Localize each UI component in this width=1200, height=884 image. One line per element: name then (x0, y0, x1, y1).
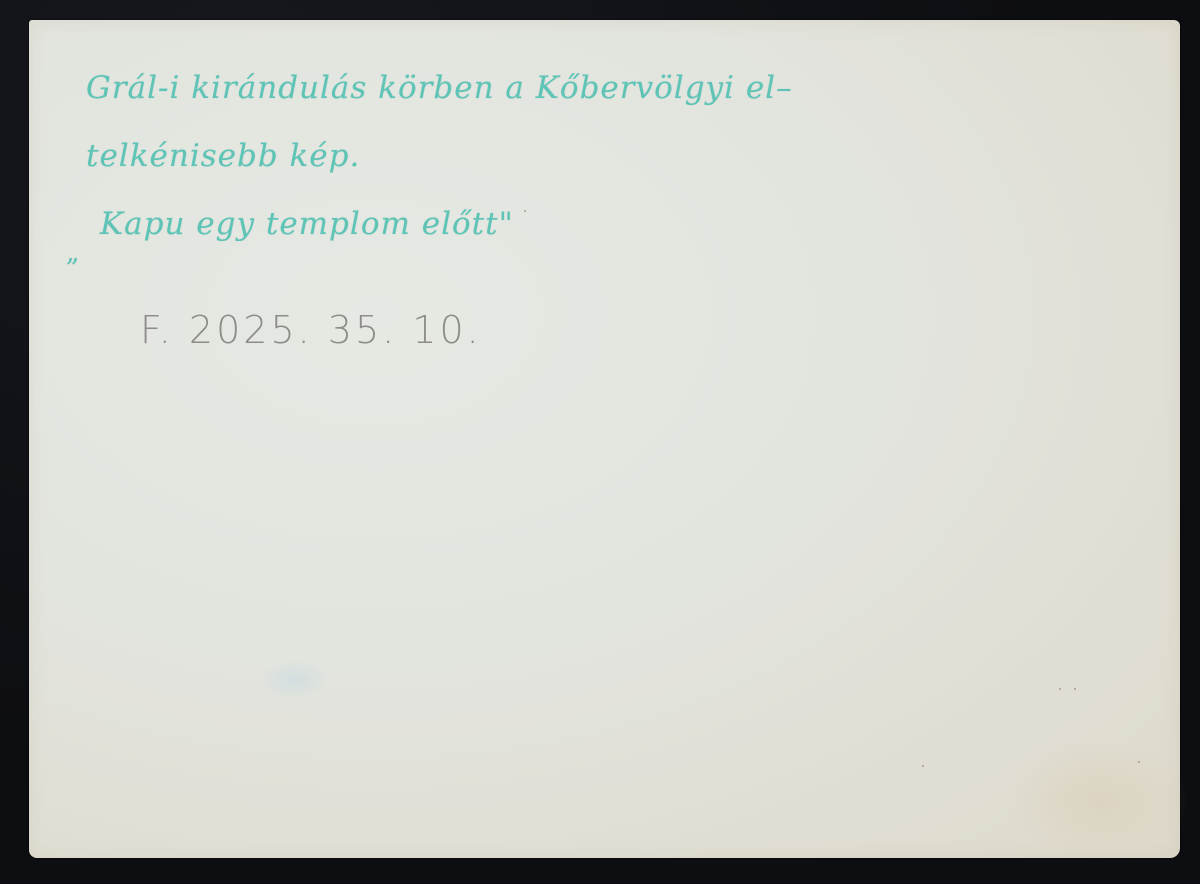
paper-stain (1009, 740, 1189, 860)
paper-stain (259, 660, 329, 700)
paper-speck (1138, 761, 1140, 763)
paper-speck (1059, 688, 1061, 690)
paper-speck (922, 765, 924, 767)
paper-speck (524, 210, 526, 212)
paper-speck (1074, 688, 1076, 690)
handwritten-caption-line-2: telkénisebb kép. (86, 138, 360, 174)
accession-number: F. 2025. 35. 10. (140, 308, 482, 352)
opening-quote-mark: „ (66, 238, 80, 268)
handwritten-caption-line-1: Grál-i kirándulás körben a Kőbervölgyi e… (86, 70, 793, 106)
handwritten-title-line: Kapu egy templom előtt" (100, 206, 514, 242)
